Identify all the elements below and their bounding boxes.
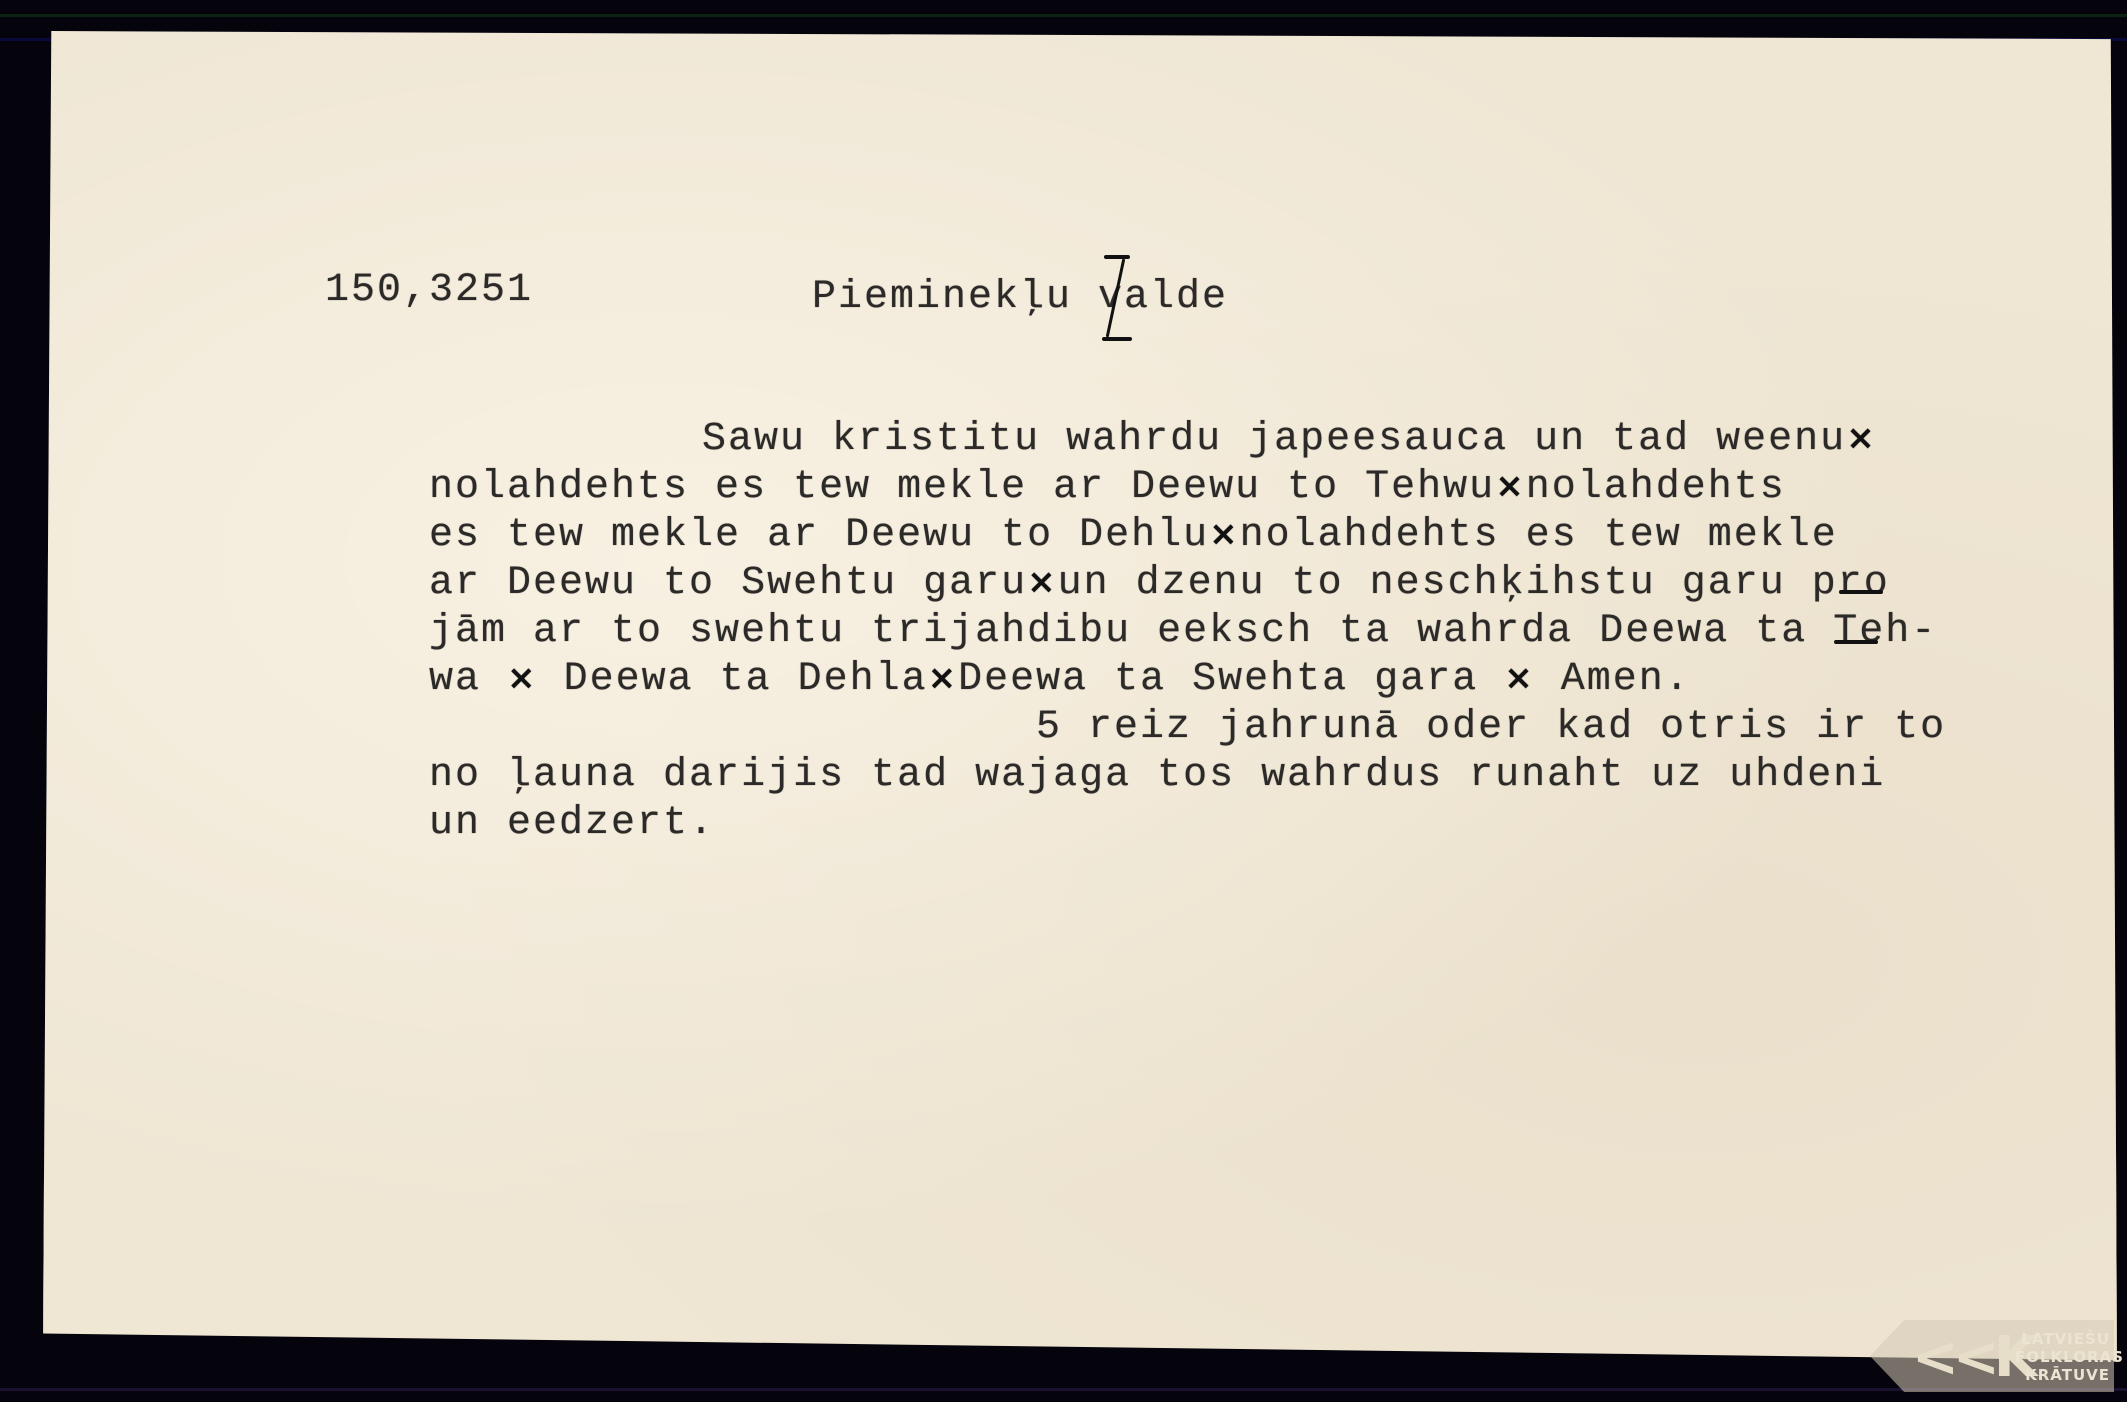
scan-border-top-stripe — [0, 14, 2127, 17]
scan-border-bottom-stripe — [0, 1388, 2127, 1391]
pen-correction-mark — [1104, 255, 1130, 259]
lfk-logo-icon: <<K — [1912, 1325, 2031, 1390]
watermark-line: KRĀTUVE — [2015, 1366, 2110, 1384]
catalog-number: 150,3251 — [325, 268, 533, 313]
pen-cross-mark: × — [507, 658, 538, 698]
pen-correction-mark — [1102, 337, 1132, 341]
pen-correction-mark — [1839, 590, 1883, 594]
line-text: Deewa ta Dehla — [564, 657, 928, 702]
pen-correction-mark — [1834, 640, 1878, 644]
card-title: Pieminekļu valde — [812, 275, 1228, 320]
watermark-line: FOLKLORAS — [2015, 1348, 2110, 1366]
watermark-text: LATVIEŠU FOLKLORAS KRĀTUVE — [2015, 1330, 2110, 1384]
text-line-9: un eedzert. — [325, 756, 715, 891]
line-text: wa — [429, 657, 481, 702]
line-text: un eedzert. — [429, 801, 715, 846]
pen-cross-mark: × — [1846, 418, 1877, 458]
watermark-line: LATVIEŠU — [2015, 1330, 2110, 1348]
